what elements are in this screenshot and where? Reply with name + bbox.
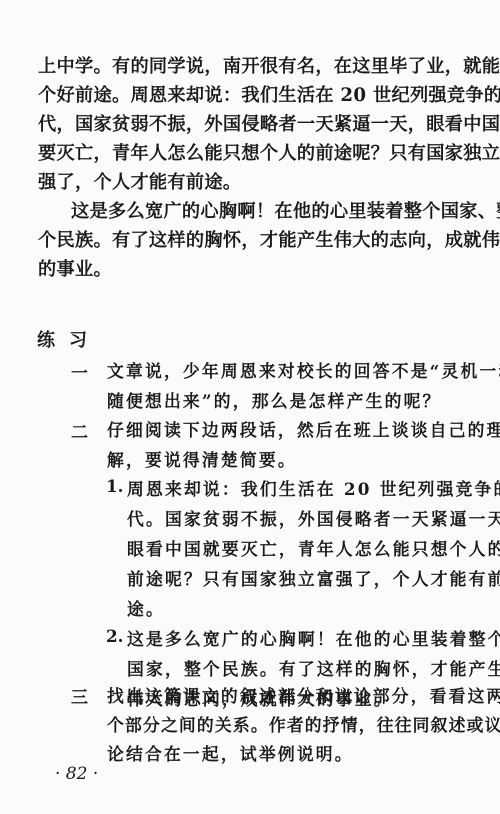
- body-text-line: 要灭亡，青年人怎么能只想个人的前途呢？只有国家独立富: [38, 139, 500, 168]
- exercise-text-line: 找出这篇课文的叙述部分和议论部分，看看这两: [107, 683, 500, 707]
- sub-item-number: 1.: [106, 476, 124, 496]
- body-text-line: 个好前途。周恩来却说：我们生活在 20 世纪列强竞争的时: [38, 81, 500, 110]
- body-text-line: 的事业。: [38, 255, 112, 284]
- sub-item-text-line: 代。国家贫弱不振，外国侵略者一天紧逼一天，: [127, 506, 500, 530]
- exercise-number: 三: [71, 683, 88, 708]
- body-text-line: 这是多么宽广的心胸啊！在他的心里装着整个国家、整: [71, 197, 500, 226]
- sub-item-text-line: 途。: [127, 596, 165, 620]
- exercise-text-line: 随便想出来”的，那么是怎样产生的呢？: [107, 388, 442, 412]
- sub-item-text-line: 这是多么宽广的心胸啊！在他的心里装着整个: [127, 626, 500, 650]
- exercises-heading: 练习: [37, 326, 101, 352]
- body-text-line: 个民族。有了这样的胸怀，才能产生伟大的志向，成就伟大: [38, 226, 500, 255]
- body-text-line: 代，国家贫弱不振，外国侵略者一天紧逼一天，眼看中国就: [38, 110, 500, 139]
- exercise-text-line: 解，要说得清楚简要。: [107, 447, 297, 471]
- body-text-line: 强了，个人才能有前途。: [38, 168, 241, 197]
- body-text-line: 上中学。有的同学说，南开很有名，在这里毕了业，就能有: [38, 52, 500, 81]
- exercise-text-line: 论结合在一起，试举例说明。: [107, 741, 354, 765]
- exercise-text-line: 文章说，少年周恩来对校长的回答不是“灵机一动: [107, 358, 500, 382]
- sub-item-text-line: 前途呢？只有国家独立富强了，个人才能有前: [127, 566, 500, 590]
- sub-item-text-line: 眼看中国就要灭亡，青年人怎么能只想个人的: [127, 536, 500, 560]
- exercise-number: 一: [71, 359, 88, 384]
- exercise-text-line: 仔细阅读下边两段话，然后在班上谈谈自己的理: [107, 417, 500, 441]
- exercise-number: 二: [71, 418, 88, 443]
- sub-item-text-line: 周恩来却说：我们生活在 20 世纪列强竞争的时: [127, 476, 500, 500]
- sub-item-number: 2.: [106, 626, 124, 646]
- page-number: · 82 ·: [55, 764, 98, 784]
- textbook-page: 上中学。有的同学说，南开很有名，在这里毕了业，就能有 个好前途。周恩来却说：我们…: [0, 0, 500, 814]
- sub-item-text-line: 国家，整个民族。有了这样的胸怀，才能产生: [127, 656, 500, 680]
- exercise-text-line: 个部分之间的关系。作者的抒情，往往同叙述或议: [107, 712, 500, 736]
